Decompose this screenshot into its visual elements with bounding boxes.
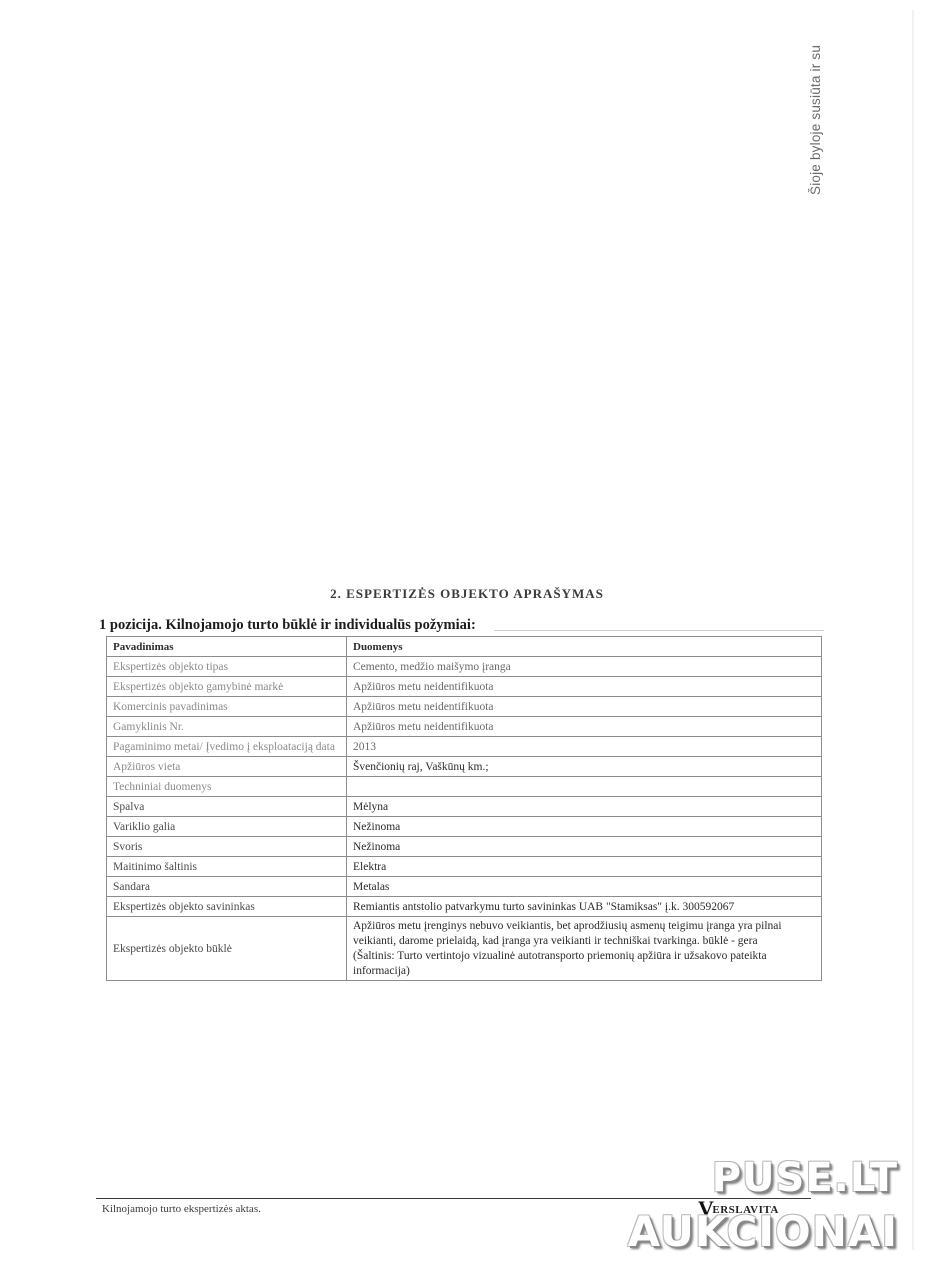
position-heading: 1 pozicija. Kilnojamojo turto būklė ir i… [99,617,476,634]
table-row: Spalva Mėlyna [107,797,822,817]
row-label: Variklio galia [107,817,347,837]
table-row: Sandara Metalas [107,877,822,897]
column-header-name: Pavadinimas [107,637,347,657]
row-label: Svoris [107,837,347,857]
row-value-condition: Apžiūros metu įrenginys nebuvo veikianti… [347,917,822,981]
row-label: Sandara [107,877,347,897]
row-label: Techniniai duomenys [107,777,347,797]
row-label: Ekspertizės objekto tipas [107,657,347,677]
row-label: Spalva [107,797,347,817]
table-header-row: Pavadinimas Duomenys [107,637,822,657]
condition-text: Apžiūros metu įrenginys nebuvo veikianti… [353,919,815,949]
table-row: Ekspertizės objekto savininkas Remiantis… [107,897,822,917]
section-title: 2. ESPERTIZĖS OBJEKTO APRAŠYMAS [0,586,930,602]
row-label: Ekspertizės objekto gamybinė markė [107,677,347,697]
row-value: Apžiūros metu neidentifikuota [347,697,822,717]
table-row: Ekspertizės objekto būklė Apžiūros metu … [107,917,822,981]
row-value: Apžiūros metu neidentifikuota [347,677,822,697]
table-row: Ekspertizės objekto gamybinė markė Apžiū… [107,677,822,697]
row-label: Maitinimo šaltinis [107,857,347,877]
table-row: Variklio galia Nežinoma [107,817,822,837]
row-value: Švenčionių raj, Vaškūnų km.; [347,757,822,777]
section-title-text: 2. ESPERTIZĖS OBJEKTO APRAŠYMAS [330,586,604,602]
row-value: Elektra [347,857,822,877]
row-value: Nežinoma [347,837,822,857]
table-row: Gamyklinis Nr. Apžiūros metu neidentifik… [107,717,822,737]
row-label: Apžiūros vieta [107,757,347,777]
row-value: Mėlyna [347,797,822,817]
side-stamp: Šioje byloje susiūta ir su [808,10,828,195]
footer-text: Kilnojamojo turto ekspertizės aktas. [102,1203,261,1215]
row-value: Apžiūros metu neidentifikuota [347,717,822,737]
watermark-line1: PUSE.LT [712,1158,898,1198]
row-label: Pagaminimo metai/ Įvedimo į eksploatacij… [107,737,347,757]
table-row: Apžiūros vieta Švenčionių raj, Vaškūnų k… [107,757,822,777]
table-row: Pagaminimo metai/ Įvedimo į eksploatacij… [107,737,822,757]
row-label: Gamyklinis Nr. [107,717,347,737]
row-label: Ekspertizės objekto būklė [107,917,347,981]
scan-page-edge [912,10,914,1250]
column-header-data: Duomenys [347,637,822,657]
watermark-line2: AUKCIONAI [628,1211,898,1253]
properties-table: Pavadinimas Duomenys Ekspertizės objekto… [106,636,822,981]
row-value: Cemento, medžio maišymo įranga [347,657,822,677]
row-label: Komercinis pavadinimas [107,697,347,717]
table-row: Techniniai duomenys [107,777,822,797]
table-row: Ekspertizės objekto tipas Cemento, medži… [107,657,822,677]
row-value: Metalas [347,877,822,897]
row-label: Ekspertizės objekto savininkas [107,897,347,917]
row-value: Nežinoma [347,817,822,837]
row-value [347,777,822,797]
table-row: Maitinimo šaltinis Elektra [107,857,822,877]
table-row: Svoris Nežinoma [107,837,822,857]
condition-source-note: (Šaltinis: Turto vertintojo vizualinė au… [353,949,815,979]
row-value: Remiantis antstolio patvarkymu turto sav… [347,897,822,917]
row-value: 2013 [347,737,822,757]
table-row: Komercinis pavadinimas Apžiūros metu nei… [107,697,822,717]
